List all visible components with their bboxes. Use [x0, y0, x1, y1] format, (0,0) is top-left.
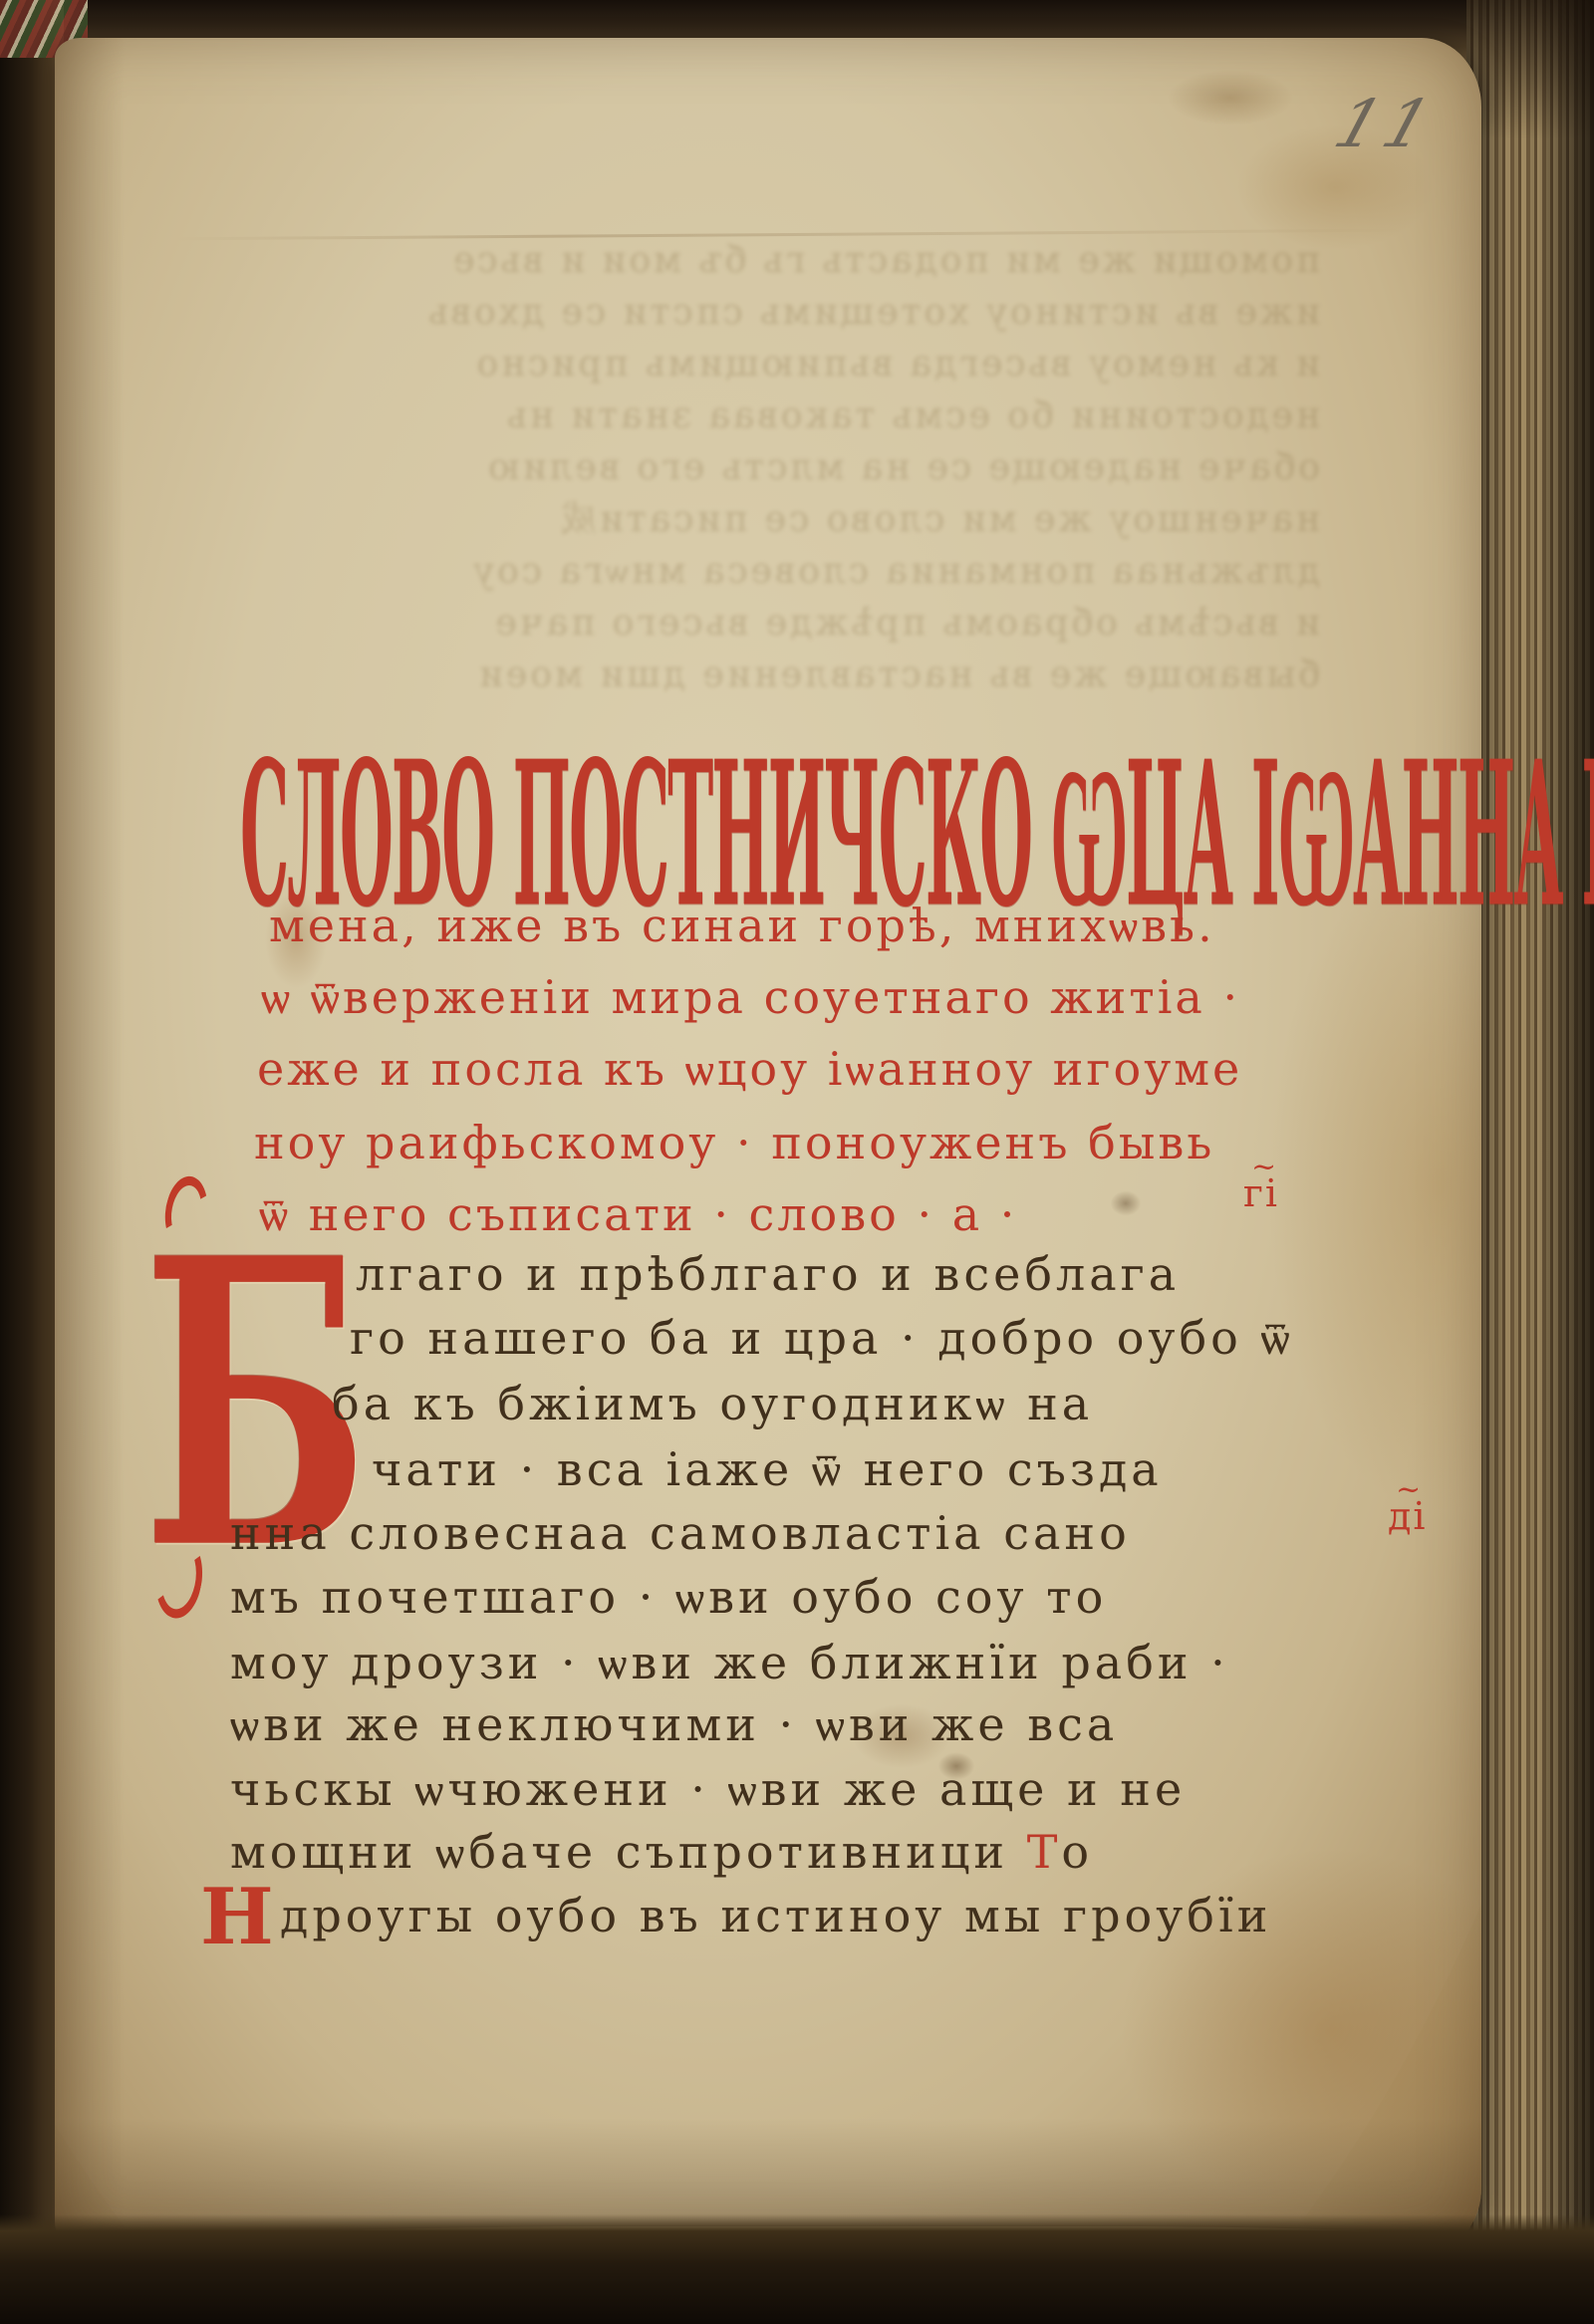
bleedthrough-line: бывающе же вь наставление дши моеи	[204, 649, 1320, 701]
bleedthrough-line: недостоини бо есмь таковаа знати нь	[204, 390, 1320, 442]
body-line: мъ почетшаго · ѡви оубо соу то	[230, 1574, 1107, 1620]
rubricated-letter: Т	[1027, 1825, 1062, 1879]
body-line: лгаго и прѣблгаго и всеблага	[356, 1251, 1180, 1297]
bleedthrough-line: и вьсѣмь обраомь прѣжде вьсего паче	[204, 598, 1320, 649]
body-line-text: о	[1061, 1825, 1093, 1879]
rubric-line: ноу раифьскомоу · поноуженъ бывь	[254, 1120, 1214, 1165]
book-bottom-edge	[0, 2214, 1594, 2324]
body-line: дроугы оубо въ истиноу мы гроубїи	[280, 1893, 1271, 1938]
bleedthrough-line: и кь немоу вьсегда вьпиющимь присно	[204, 339, 1320, 390]
right-page-stack	[1466, 0, 1594, 2324]
manuscript-page: помощи же ми подасть гь бъ мои и вьсе иж…	[55, 38, 1481, 2247]
bleedthrough-line: наченшоу же ми слово се писати威	[204, 494, 1320, 546]
bleedthrough-line: длъжьнаа понманиа словеса мнѡга соу	[204, 546, 1320, 598]
body-line: ѡви же неключими · ѡви же вса	[230, 1701, 1118, 1747]
body-line: ба къ бжіимъ оугодникѡ на	[332, 1381, 1093, 1426]
body-line: мощни ѡбаче съпротивници То	[230, 1829, 1093, 1875]
body-line: чьскы ѡчюжени · ѡви же аще и не	[230, 1766, 1186, 1812]
body-line: го нашего ба и цра · добро оубо ѿ	[350, 1315, 1294, 1361]
margin-numeral: ді	[1388, 1494, 1428, 1538]
rubric-line: ѿ него съписати · слово · а ·	[259, 1191, 1017, 1237]
body-line-text: мощни ѡбаче съпротивници	[230, 1825, 1027, 1879]
bleedthrough-line: обаче надеюще се на млсть его велию	[204, 442, 1320, 494]
body-line: нна словеснаа самовластіа сано	[230, 1510, 1131, 1556]
rubric-line: ѡ ѿверженіи мира соуетнаго житіа ·	[261, 974, 1240, 1020]
rubric-line: еже и посла къ ѡцоу іѡанноу игоуме	[257, 1046, 1242, 1092]
rubricated-initial: Н	[200, 1879, 274, 1956]
bleedthrough-line: помощи же ми подасть гь бъ мои и вьсе	[204, 235, 1320, 287]
folio-number: 11	[1325, 86, 1446, 162]
rubric-line: мена, иже въ синаи горѣ, мнихѡвь.	[269, 903, 1215, 948]
verso-bleedthrough: помощи же ми подасть гь бъ мои и вьсе иж…	[204, 235, 1320, 701]
bleedthrough-line: иже вь истиноу хотещимь спсти се дховь	[204, 287, 1320, 339]
margin-numeral: гі	[1243, 1171, 1279, 1215]
body-line: моу дроузи · ѡви же ближнїи раби ·	[230, 1640, 1229, 1685]
body-line: чати · вса іаже ѿ него създа	[372, 1446, 1163, 1492]
